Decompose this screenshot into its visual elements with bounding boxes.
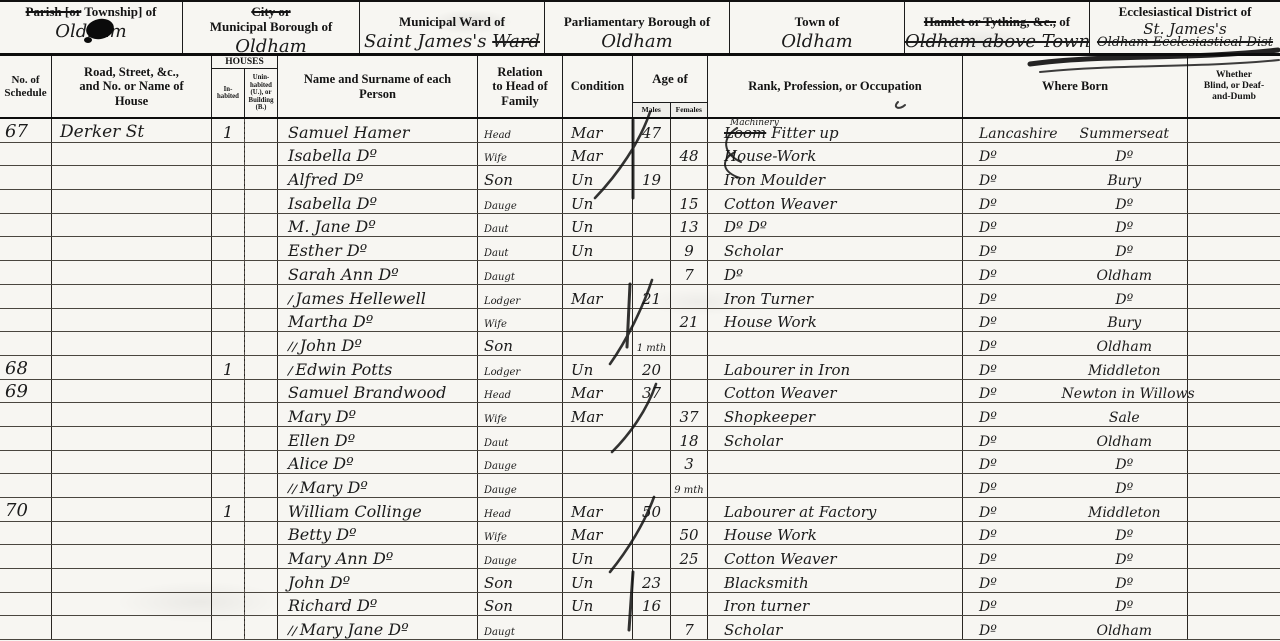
cell-road [52, 474, 212, 497]
table-row: 69Samuel BrandwoodHeadMar37Cotton Weaver… [0, 380, 1280, 404]
person-condition: Mar [571, 149, 602, 164]
cell-uninhabited [244, 522, 278, 545]
cell-inhabited [212, 545, 245, 568]
cell-schedule [0, 143, 52, 166]
person-relation: Head [484, 131, 511, 141]
field-hamlet: Hamlet or Tything, &c., of Oldham above … [905, 2, 1090, 53]
col-males-header: Males [633, 103, 671, 117]
born-place: Dº [1062, 150, 1187, 164]
cell-where-born: DºDº [963, 190, 1188, 213]
person-condition: Un [571, 197, 593, 212]
cell-name: //John Dº [278, 332, 478, 355]
cell-occupation [708, 451, 963, 474]
occupation-line: Labourer in Iron [724, 363, 850, 378]
cell-schedule [0, 214, 52, 237]
cell-name: Alice Dº [278, 451, 478, 474]
occupation-line: Blacksmith [724, 576, 809, 591]
person-age-f: 18 [679, 434, 698, 449]
cell-relation: Son [478, 166, 563, 189]
person-age-m: 50 [642, 505, 661, 520]
born-county: Dº [963, 458, 1062, 472]
cell-relation: Son [478, 332, 563, 355]
schedule-value: 70 [5, 502, 28, 520]
person-age-m: 20 [642, 363, 661, 378]
enumerator-mark: // [287, 482, 299, 497]
table-row: 681/Edwin PottsLodgerUn20Labourer in Iro… [0, 356, 1280, 380]
cell-inhabited [212, 285, 245, 308]
cell-infirmity [1188, 545, 1280, 568]
person-age-f: 9 [684, 244, 694, 259]
cell-condition: Mar [563, 285, 633, 308]
cell-inhabited: 1 [212, 119, 245, 142]
person-name: John Dº [288, 575, 350, 591]
person-age-m: 1 mth [637, 344, 666, 354]
cell-inhabited [212, 522, 245, 545]
born-place: Oldham [1062, 269, 1187, 283]
cell-age-m [633, 309, 671, 332]
cell-uninhabited [244, 309, 278, 332]
cell-road [52, 190, 212, 213]
cell-age-f: 7 [671, 261, 708, 284]
cell-age-f [671, 593, 708, 616]
occupation-line: Dº [724, 268, 743, 283]
road-value: Derker St [60, 124, 144, 141]
field-parish-value: Oldham [0, 21, 182, 42]
person-occupation: Cotton Weaver [724, 552, 837, 567]
cell-inhabited [212, 403, 245, 426]
cell-name: Samuel Brandwood [278, 380, 478, 403]
col-schedule-header: No. of Schedule [0, 56, 52, 117]
cell-age-m: 37 [633, 380, 671, 403]
cell-inhabited [212, 143, 245, 166]
cell-relation: Dauge [478, 545, 563, 568]
cell-uninhabited [244, 474, 278, 497]
person-relation: Son [484, 339, 513, 354]
cell-name: Isabella Dº [278, 190, 478, 213]
occupation-line: Scholar [724, 434, 782, 449]
person-relation: Son [484, 599, 513, 614]
cell-uninhabited [244, 190, 278, 213]
field-hamlet-label: Hamlet or Tything, &c., of [905, 5, 1089, 30]
occupation-line: Shopkeeper [724, 410, 815, 425]
person-occupation: House-Work [724, 149, 816, 164]
born-place: Sale [1062, 411, 1187, 425]
cell-occupation: House-Work [708, 143, 963, 166]
cell-road [52, 593, 212, 616]
occupation-line: House Work [724, 528, 817, 543]
born-place: Middleton [1062, 506, 1187, 520]
cell-condition: Un [563, 593, 633, 616]
field-borough-label: City orMunicipal Borough of [183, 5, 359, 35]
cell-name: Martha Dº [278, 309, 478, 332]
cell-occupation: Labourer in Iron [708, 356, 963, 379]
cell-where-born: DºOldham [963, 261, 1188, 284]
cell-where-born: DºDº [963, 545, 1188, 568]
cell-schedule [0, 403, 52, 426]
occupation-line: House-Work [724, 149, 816, 164]
cell-inhabited [212, 309, 245, 332]
person-age-f: 7 [684, 268, 694, 283]
cell-age-m: 16 [633, 593, 671, 616]
born-county: Dº [963, 600, 1062, 614]
cell-condition: Un [563, 166, 633, 189]
cell-age-m [633, 522, 671, 545]
person-relation: Wife [484, 320, 507, 330]
cell-age-f: 7 [671, 616, 708, 639]
cell-schedule: 68 [0, 356, 52, 379]
field-hamlet-value: Oldham above Town [905, 31, 1089, 52]
cell-occupation: Iron Moulder [708, 166, 963, 189]
person-condition: Un [571, 576, 593, 591]
person-condition: Un [571, 244, 593, 259]
cell-inhabited [212, 451, 245, 474]
cell-age-f: 13 [671, 214, 708, 237]
cell-where-born: DºMiddleton [963, 356, 1188, 379]
person-relation: Wife [484, 415, 507, 425]
cell-road [52, 522, 212, 545]
cell-relation: Daugt [478, 261, 563, 284]
table-row: Richard DºSonUn16Iron turnerDºDº [0, 593, 1280, 617]
born-place: Oldham [1062, 340, 1187, 354]
person-occupation: Shopkeeper [724, 410, 815, 425]
struck-label-text: Hamlet or Tything, &c., [924, 14, 1056, 29]
occupation-line: Cotton Weaver [724, 386, 837, 401]
cell-infirmity [1188, 474, 1280, 497]
cell-age-f: 15 [671, 190, 708, 213]
born-county: Dº [963, 150, 1062, 164]
cell-inhabited [212, 332, 245, 355]
born-place: Newton in Willows [1062, 387, 1195, 401]
cell-uninhabited [244, 237, 278, 260]
cell-relation: Wife [478, 403, 563, 426]
cell-relation: Lodger [478, 356, 563, 379]
occupation-line: Scholar [724, 623, 782, 638]
cell-occupation: Scholar [708, 616, 963, 639]
cell-condition [563, 332, 633, 355]
cell-age-m: 50 [633, 498, 671, 521]
cell-where-born: DºDº [963, 214, 1188, 237]
cell-relation: Head [478, 498, 563, 521]
cell-age-f [671, 569, 708, 592]
cell-where-born: DºDº [963, 569, 1188, 592]
born-place: Dº [1062, 553, 1187, 567]
cell-condition: Un [563, 545, 633, 568]
person-age-m: 16 [642, 599, 661, 614]
born-place: Oldham [1062, 624, 1187, 638]
cell-age-f [671, 166, 708, 189]
schedule-value: 68 [5, 360, 28, 378]
cell-name: Alfred Dº [278, 166, 478, 189]
occupation-line: House Work [724, 315, 817, 330]
person-name: M. Jane Dº [288, 219, 376, 235]
occupation-struck: Loom [724, 126, 766, 141]
cell-occupation [708, 474, 963, 497]
person-occupation: Fitter up [771, 126, 838, 141]
cell-occupation: Blacksmith [708, 569, 963, 592]
person-age-f: 50 [679, 528, 698, 543]
born-place: Dº [1062, 221, 1187, 235]
cell-schedule [0, 545, 52, 568]
cell-schedule [0, 285, 52, 308]
cell-occupation: House Work [708, 522, 963, 545]
cell-inhabited [212, 474, 245, 497]
cell-road [52, 356, 212, 379]
born-county: Dº [963, 364, 1062, 378]
cell-infirmity [1188, 451, 1280, 474]
person-name: Edwin Potts [295, 362, 392, 378]
cell-uninhabited [244, 332, 278, 355]
person-occupation: Labourer at Factory [724, 505, 876, 520]
col-houses-subheaders: In- habited Unin- habited (U.), or Build… [212, 69, 277, 117]
person-name: Mary Jane Dº [300, 622, 409, 638]
person-name: Isabella Dº [288, 196, 377, 212]
cell-age-f: 18 [671, 427, 708, 450]
cell-condition: Mar [563, 522, 633, 545]
col-age-group-header: Age of Males Females [633, 56, 708, 117]
cell-schedule [0, 522, 52, 545]
cell-infirmity [1188, 119, 1280, 142]
cell-road [52, 166, 212, 189]
col-occupation-header: Rank, Profession, or Occupation [708, 56, 963, 117]
cell-road [52, 261, 212, 284]
cell-age-f: 21 [671, 309, 708, 332]
cell-name: Isabella Dº [278, 143, 478, 166]
cell-where-born: DºDº [963, 522, 1188, 545]
cell-inhabited [212, 616, 245, 639]
cell-name: M. Jane Dº [278, 214, 478, 237]
occupation-line: Labourer at Factory [724, 505, 876, 520]
cell-infirmity [1188, 427, 1280, 450]
struck-value-text: Ward [492, 31, 540, 52]
cell-where-born: DºDº [963, 593, 1188, 616]
person-age-f: 15 [679, 197, 698, 212]
person-relation: Daugt [484, 628, 515, 638]
cell-name: Mary Dº [278, 403, 478, 426]
cell-infirmity [1188, 285, 1280, 308]
cell-uninhabited [244, 285, 278, 308]
col-age-title: Age of [633, 56, 707, 102]
born-place: Bury [1062, 174, 1187, 188]
label-text: Municipal Borough of [210, 19, 333, 34]
table-row: Betty DºWifeMar50House WorkDºDº [0, 522, 1280, 546]
person-name: Mary Dº [288, 409, 356, 425]
cell-name: Betty Dº [278, 522, 478, 545]
cell-age-m [633, 474, 671, 497]
cell-infirmity [1188, 166, 1280, 189]
person-name: Richard Dº [288, 598, 377, 614]
table-row: Ellen DºDaut18ScholarDºOldham [0, 427, 1280, 451]
born-county: Dº [963, 245, 1062, 259]
cell-age-f: 25 [671, 545, 708, 568]
cell-uninhabited [244, 119, 278, 142]
cell-infirmity [1188, 143, 1280, 166]
field-town-value: Oldham [730, 31, 904, 52]
born-county: Dº [963, 529, 1062, 543]
field-parish: Parish [or Township] of Oldham [0, 2, 183, 53]
field-borough-value: Oldham [183, 36, 359, 53]
cell-where-born: DºNewton in Willows [963, 380, 1188, 403]
label-text: Township] of [84, 4, 156, 19]
person-occupation: Blacksmith [724, 576, 809, 591]
cell-where-born: DºOldham [963, 332, 1188, 355]
cell-where-born: DºDº [963, 237, 1188, 260]
occupation-line: Dº Dº [724, 220, 767, 235]
cell-road [52, 616, 212, 639]
cell-infirmity [1188, 214, 1280, 237]
cell-inhabited [212, 380, 245, 403]
cell-where-born: DºBury [963, 309, 1188, 332]
table-row: 67Derker St1Samuel HamerHeadMar47Machine… [0, 119, 1280, 143]
person-relation: Dauge [484, 202, 517, 212]
cell-age-m [633, 214, 671, 237]
cell-age-m: 19 [633, 166, 671, 189]
person-age-f: 3 [684, 457, 694, 472]
person-occupation: House Work [724, 315, 817, 330]
cell-relation: Lodger [478, 285, 563, 308]
cell-occupation: Iron Turner [708, 285, 963, 308]
person-relation: Dauge [484, 462, 517, 472]
census-rows: 67Derker St1Samuel HamerHeadMar47Machine… [0, 119, 1280, 640]
cell-occupation: Scholar [708, 427, 963, 450]
cell-occupation: Labourer at Factory [708, 498, 963, 521]
person-name: Samuel Hamer [288, 125, 409, 141]
field-ecclesiastical-label: Ecclesiastical District of [1090, 5, 1280, 20]
cell-name: Esther Dº [278, 237, 478, 260]
person-condition: Mar [571, 386, 602, 401]
cell-schedule [0, 569, 52, 592]
cell-road [52, 451, 212, 474]
cell-where-born: DºDº [963, 451, 1188, 474]
col-females-header: Females [671, 103, 708, 117]
person-age-m: 23 [642, 576, 661, 591]
cell-infirmity [1188, 380, 1280, 403]
table-row: Alfred DºSonUn19Iron MoulderDºBury [0, 166, 1280, 190]
person-age-f: 7 [684, 623, 694, 638]
cell-condition: Un [563, 237, 633, 260]
born-place: Dº [1062, 529, 1187, 543]
cell-inhabited [212, 569, 245, 592]
cell-schedule: 67 [0, 119, 52, 142]
person-age-m: 21 [642, 292, 661, 307]
cell-condition: Un [563, 214, 633, 237]
inhabited-value: 1 [223, 125, 233, 141]
occupation-line: LoomFitter up [724, 126, 839, 141]
cell-age-f [671, 498, 708, 521]
person-occupation: Dº Dº [724, 220, 767, 235]
person-name: Mary Ann Dº [288, 551, 393, 567]
person-condition: Mar [571, 126, 602, 141]
table-row: //John DºSon1 mthDºOldham [0, 332, 1280, 356]
occupation-line: Iron Turner [724, 292, 813, 307]
cell-road [52, 403, 212, 426]
cell-inhabited [212, 166, 245, 189]
cell-occupation: Cotton Weaver [708, 190, 963, 213]
cell-age-m [633, 237, 671, 260]
born-county: Dº [963, 411, 1062, 425]
schedule-value: 67 [5, 123, 28, 141]
cell-occupation: Cotton Weaver [708, 380, 963, 403]
born-place: Middleton [1062, 364, 1187, 378]
cell-road [52, 237, 212, 260]
born-county: Dº [963, 387, 1062, 401]
born-county: Lancashire [963, 127, 1062, 141]
cell-inhabited: 1 [212, 498, 245, 521]
person-relation: Son [484, 173, 513, 188]
person-name: Samuel Brandwood [288, 385, 446, 401]
cell-relation: Son [478, 569, 563, 592]
cell-schedule [0, 593, 52, 616]
cell-occupation: Dº Dº [708, 214, 963, 237]
field-ward-label: Municipal Ward of [360, 5, 544, 30]
cell-where-born: DºBury [963, 166, 1188, 189]
cell-age-m [633, 545, 671, 568]
cell-inhabited [212, 427, 245, 450]
struck-label-text: City or [183, 5, 359, 20]
born-county: Dº [963, 221, 1062, 235]
field-ward: Municipal Ward of Saint James's Ward [360, 2, 545, 53]
person-condition: Mar [571, 292, 602, 307]
cell-infirmity [1188, 309, 1280, 332]
cell-uninhabited [244, 451, 278, 474]
cell-occupation: Scholar [708, 237, 963, 260]
cell-inhabited [212, 190, 245, 213]
field-parliamentary: Parliamentary Borough of Oldham [545, 2, 730, 53]
cell-name: Sarah Ann Dº [278, 261, 478, 284]
cell-relation: Head [478, 380, 563, 403]
person-name: Esther Dº [288, 243, 367, 259]
person-name: Betty Dº [288, 527, 357, 543]
cell-occupation [708, 332, 963, 355]
person-name: Sarah Ann Dº [288, 267, 399, 283]
cell-uninhabited [244, 356, 278, 379]
cell-relation: Wife [478, 143, 563, 166]
cell-uninhabited [244, 498, 278, 521]
cell-age-f [671, 356, 708, 379]
inhabited-value: 1 [223, 362, 233, 378]
cell-relation: Dauge [478, 190, 563, 213]
cell-condition [563, 451, 633, 474]
person-relation: Daut [484, 249, 508, 259]
col-houses-title: HOUSES [212, 56, 277, 69]
cell-condition: Mar [563, 403, 633, 426]
table-column-headers: No. of Schedule Road, Street, &c., and N… [0, 56, 1280, 119]
enumerator-mark: / [286, 364, 293, 378]
cell-uninhabited [244, 569, 278, 592]
cell-condition: Un [563, 356, 633, 379]
table-row: //Mary DºDauge9 mthDºDº [0, 474, 1280, 498]
person-name: Isabella Dº [288, 148, 377, 164]
cell-age-m [633, 403, 671, 426]
person-name: James Hellewell [295, 291, 425, 307]
cell-age-f [671, 332, 708, 355]
cell-occupation: Dº [708, 261, 963, 284]
cell-infirmity [1188, 616, 1280, 639]
enumerator-mark: // [287, 340, 299, 355]
cell-infirmity [1188, 522, 1280, 545]
occupation-line: Iron Moulder [724, 173, 825, 188]
person-occupation: Cotton Weaver [724, 386, 837, 401]
cell-name: //Mary Dº [278, 474, 478, 497]
cell-road [52, 309, 212, 332]
cell-road [52, 285, 212, 308]
field-town: Town of Oldham [730, 2, 905, 53]
born-place: Dº [1062, 198, 1187, 212]
cell-condition [563, 616, 633, 639]
person-age-m: 37 [642, 386, 661, 401]
schedule-value: 69 [5, 383, 28, 401]
cell-name: Mary Ann Dº [278, 545, 478, 568]
cell-age-m [633, 190, 671, 213]
